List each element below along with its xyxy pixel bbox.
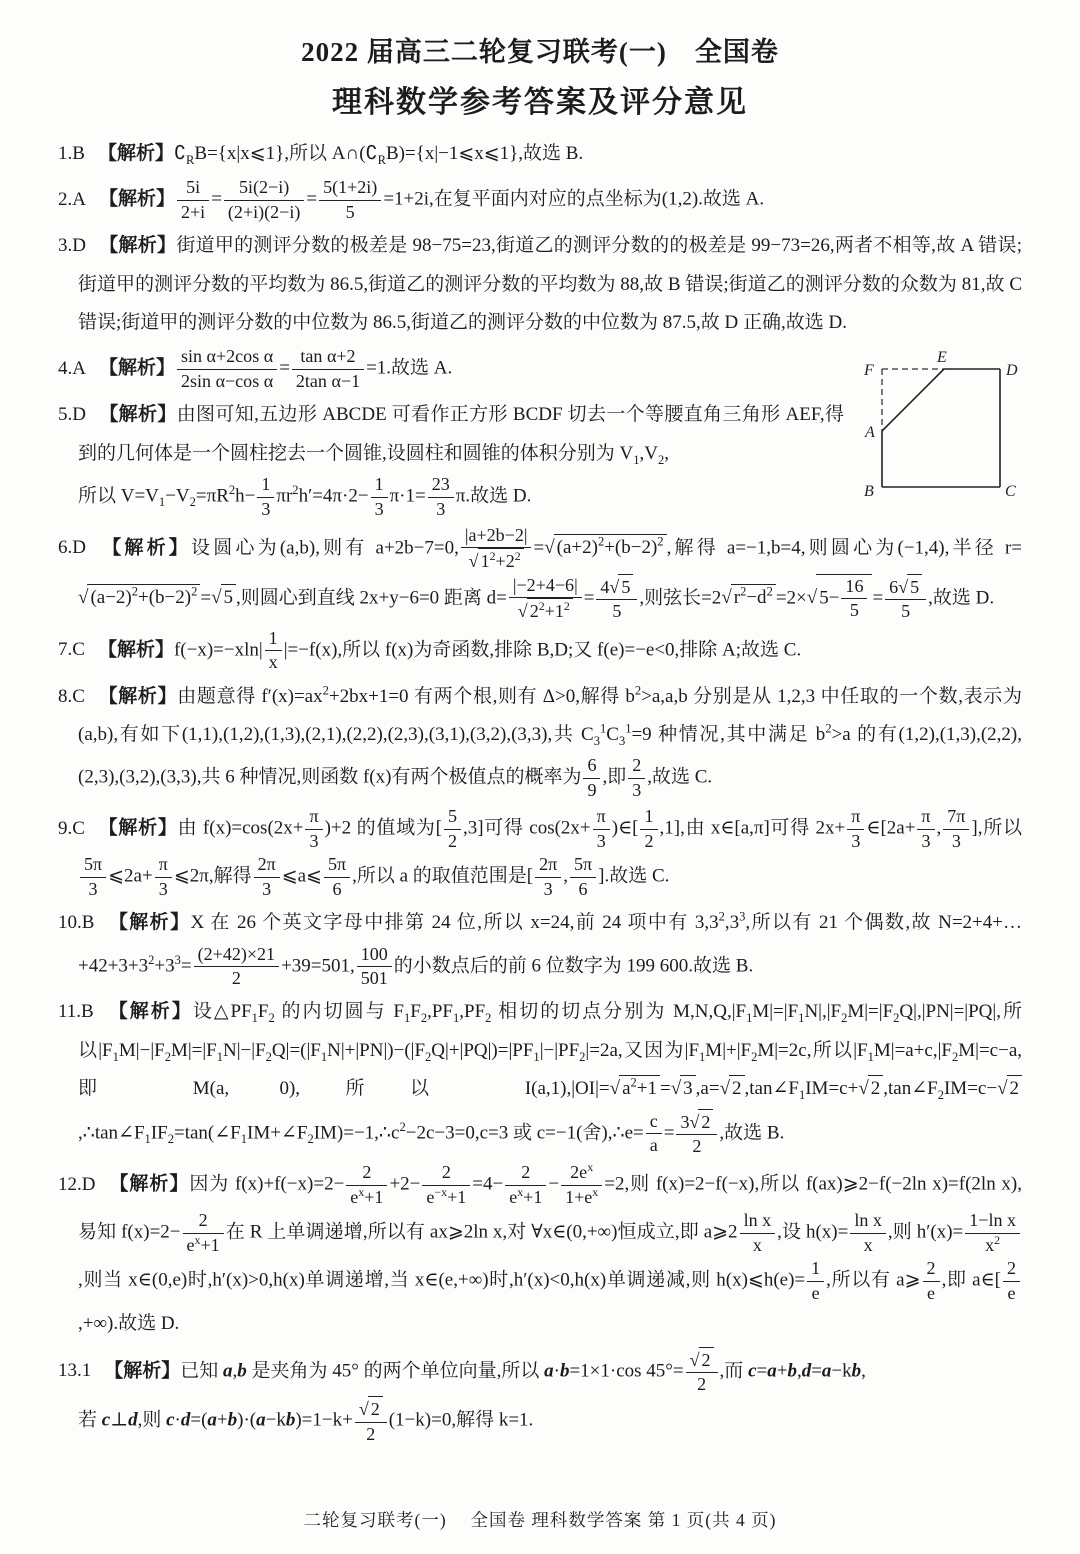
fraction: 5(1+2i)5 — [319, 176, 381, 224]
vector-symbol: a — [767, 1360, 777, 1381]
sqrt: √2 — [690, 1347, 714, 1372]
subscript: 1 — [633, 452, 639, 466]
superscript: 2 — [767, 585, 773, 599]
denominator: e — [1003, 1282, 1020, 1305]
solution-item-4: F E D A B C 4.A【解析】sin α+2cos α2sin α−co… — [58, 345, 1022, 393]
superscript: x — [195, 1233, 201, 1247]
fraction: 69 — [583, 754, 600, 802]
fraction: 2ex+1 — [183, 1209, 224, 1257]
numerator: π — [593, 805, 610, 829]
superscript: 3 — [175, 953, 181, 967]
radicand: 5 — [907, 574, 922, 599]
page-title: 2022 届高三二轮复习联考(一) 全国卷 — [58, 30, 1022, 69]
numerator: 5i — [177, 176, 209, 200]
fraction: 4√55 — [596, 574, 637, 624]
denominator: (2+i)(2−i) — [224, 201, 304, 224]
sqrt: √(a−2)2+(b−2)2 — [78, 579, 200, 617]
subscript: 1 — [159, 495, 165, 509]
subscript: 1 — [868, 1050, 874, 1064]
fraction: ln xx — [740, 1209, 776, 1257]
denominator: 5 — [885, 600, 926, 623]
radicand: 22+12 — [527, 598, 573, 623]
solution-item-11: 11.B【解析】设△PF1F2 的内切圆与 F1F2,PF1,PF2 相切的切点… — [58, 993, 1022, 1158]
numerator: 5i(2−i) — [224, 176, 304, 200]
numerator: 2 — [346, 1161, 387, 1185]
vector-symbol: b — [286, 1410, 296, 1431]
numerator: 1 — [371, 473, 388, 497]
solution-item-9: 9.C【解析】由 f(x)=cos(2x+π3)+2 的值域为[52,3]可得 … — [58, 805, 1022, 901]
denominator: 3 — [628, 779, 645, 802]
analysis-tag: 【解析】 — [107, 912, 190, 933]
fraction: 5i2+i — [177, 176, 209, 224]
radicand: 5 — [618, 574, 633, 599]
analysis-tag: 【解析】 — [98, 143, 174, 164]
numerator: 2 — [183, 1209, 224, 1233]
subscript: 2 — [421, 1011, 427, 1025]
fraction: π3 — [917, 805, 934, 853]
item-number: 9.C — [58, 818, 85, 839]
numerator: √2 — [355, 1396, 387, 1422]
item-number: 6.D — [58, 537, 86, 558]
page-subtitle: 理科数学参考答案及评分意见 — [58, 77, 1022, 121]
item-number: 4.A — [58, 358, 86, 379]
fraction: |−2+4−6|√22+12 — [509, 574, 582, 624]
denominator: 2 — [194, 967, 279, 990]
sqrt: √5 — [898, 574, 922, 599]
subscript: 2 — [268, 1011, 274, 1025]
fraction: √22 — [355, 1396, 387, 1446]
numerator: 16 — [841, 575, 867, 599]
sqrt: √22+12 — [518, 598, 573, 623]
superscript: 2 — [631, 1076, 637, 1090]
label-E: E — [936, 349, 947, 366]
vector-symbol: c — [102, 1410, 110, 1431]
fraction: (2+42)×212 — [194, 943, 279, 991]
superscript: 2 — [323, 683, 329, 697]
analysis-tag: 【解析】 — [107, 1001, 193, 1022]
numerator: 6√5 — [885, 574, 926, 600]
fraction: 5i(2−i)(2+i)(2−i) — [224, 176, 304, 224]
superscript: −x — [434, 1185, 447, 1199]
subscript: 2 — [938, 1088, 944, 1102]
radicand: 12+22 — [478, 548, 524, 573]
numerator: 1−ln x — [965, 1209, 1020, 1233]
denominator: 2 — [355, 1423, 387, 1446]
denominator: 501 — [357, 967, 392, 990]
numerator: 5π — [80, 853, 106, 877]
subscript: 1 — [746, 1011, 752, 1025]
vector-symbol: d — [802, 1360, 812, 1381]
denominator: 3 — [254, 878, 280, 901]
numerator: 2 — [628, 754, 645, 778]
subscript: 1 — [241, 1132, 247, 1146]
item-continuation-line: 若 c⊥d,则 c·d=(a+b)·(a−kb)=1−k+√22(1−k)=0,… — [78, 1396, 1022, 1446]
subscript: 1 — [699, 1050, 705, 1064]
fraction: 13 — [371, 473, 388, 521]
superscript: 2 — [994, 1233, 1000, 1247]
numerator: 5π — [570, 853, 596, 877]
edge-AE — [882, 369, 944, 431]
subscript: 1 — [453, 1011, 459, 1025]
subscript: 2 — [190, 495, 196, 509]
analysis-tag: 【解析】 — [99, 404, 177, 425]
numerator: 1 — [265, 627, 282, 651]
numerator: 2 — [1003, 1257, 1020, 1281]
denominator: 9 — [583, 779, 600, 802]
numerator: (2+42)×21 — [194, 943, 279, 967]
subscript: 1 — [799, 1088, 805, 1102]
fraction: π3 — [847, 805, 864, 853]
fraction: 7π3 — [943, 805, 969, 853]
numerator: 100 — [357, 943, 392, 967]
subscript: R — [378, 153, 386, 167]
superscript: x — [587, 1160, 593, 1174]
fraction: 2ex+1 — [346, 1161, 387, 1209]
superscript: x — [358, 1185, 364, 1199]
denominator: 3 — [257, 498, 274, 521]
sqrt: √5 — [211, 579, 236, 617]
item-number: 13.1 — [58, 1360, 91, 1381]
numerator: 1 — [807, 1257, 824, 1281]
analysis-tag: 【解析】 — [99, 537, 191, 558]
denominator: x2 — [965, 1234, 1020, 1257]
denominator: 3 — [535, 878, 561, 901]
fraction: 2ex+1 — [505, 1161, 546, 1209]
item-number: 12.D — [58, 1174, 95, 1195]
vector-symbol: a — [207, 1410, 217, 1431]
item-number: 8.C — [58, 686, 85, 707]
denominator: 6 — [324, 878, 350, 901]
denominator: 6 — [570, 878, 596, 901]
denominator: 2+i — [177, 201, 209, 224]
fraction: 2e−x+1 — [422, 1161, 470, 1209]
numerator: 2ex — [561, 1161, 602, 1185]
numerator: 2 — [923, 1257, 940, 1281]
denominator: 5 — [596, 600, 637, 623]
sqrt: √3 — [671, 1070, 696, 1108]
fraction: 3√22 — [676, 1109, 717, 1159]
analysis-tag: 【解析】 — [99, 358, 175, 379]
denominator: ex+1 — [505, 1186, 546, 1209]
radicand: 5 — [221, 584, 237, 611]
item-number: 10.B — [58, 912, 94, 933]
denominator: ex+1 — [183, 1234, 224, 1257]
vector-symbol: d — [181, 1410, 191, 1431]
fraction: π3 — [305, 805, 322, 853]
numerator: |a+2b−2| — [461, 524, 532, 548]
numerator: |−2+4−6| — [509, 574, 582, 598]
numerator: 1 — [640, 805, 657, 829]
subscript: 1 — [321, 1050, 327, 1064]
numerator: ln x — [740, 1209, 776, 1233]
vector-symbol: c — [166, 1410, 174, 1431]
superscript: 2 — [539, 599, 545, 613]
analysis-tag: 【解析】 — [104, 1360, 180, 1381]
fraction: 2e — [1003, 1257, 1020, 1305]
denominator: 3 — [428, 498, 454, 521]
subscript: 2 — [658, 452, 664, 466]
subscript: 2 — [893, 1011, 899, 1025]
denominator: 3 — [943, 830, 969, 853]
analysis-tag: 【解析】 — [98, 818, 178, 839]
fraction: |a+2b−2|√12+22 — [461, 524, 532, 574]
numerator: √2 — [686, 1347, 718, 1373]
numerator: π — [155, 853, 172, 877]
radicand: (a−2)2+(b−2)2 — [87, 584, 200, 611]
fraction: ca — [646, 1110, 662, 1158]
numerator: 5 — [444, 805, 461, 829]
solution-item-1: 1.B【解析】∁RB={x|x⩽1},所以 A∩(∁RB)={x|−1⩽x⩽1}… — [58, 135, 1022, 173]
solution-item-2: 2.A【解析】5i2+i=5i(2−i)(2+i)(2−i)=5(1+2i)5=… — [58, 176, 1022, 224]
analysis-tag: 【解析】 — [108, 1174, 189, 1195]
numerator: 5π — [324, 853, 350, 877]
fraction: 1x — [265, 627, 282, 675]
denominator: 3 — [371, 498, 388, 521]
numerator: tan α+2 — [292, 345, 364, 369]
denominator: 3 — [917, 830, 934, 853]
superscript: 2 — [825, 722, 831, 736]
denominator: 2 — [640, 830, 657, 853]
fraction: 6√55 — [885, 574, 926, 624]
denominator: e−x+1 — [422, 1186, 470, 1209]
denominator: 1+ex — [561, 1186, 602, 1209]
fraction: 5π6 — [324, 853, 350, 901]
subscript: 2 — [168, 1132, 174, 1146]
subscript: R — [186, 153, 194, 167]
denominator: 3 — [80, 878, 106, 901]
radicand: 2 — [1007, 1075, 1023, 1102]
label-F: F — [863, 362, 874, 379]
fraction: π3 — [593, 805, 610, 853]
denominator: 2 — [676, 1135, 717, 1158]
fraction: 23 — [628, 754, 645, 802]
answer-sheet-page: 2022 届高三二轮复习联考(一) 全国卷 理科数学参考答案及评分意见 1.B【… — [0, 0, 1080, 1554]
vector-symbol: a — [822, 1360, 832, 1381]
subscript: 1 — [217, 1050, 223, 1064]
vector-symbol: b — [560, 1360, 570, 1381]
solution-item-6: 6.D【解析】设圆心为(a,b),则有 a+2b−7=0,|a+2b−2|√12… — [58, 524, 1022, 624]
denominator: 3 — [305, 830, 322, 853]
solution-item-10: 10.B【解析】X 在 26 个英文字母中排第 24 位,所以 x=24,前 2… — [58, 904, 1022, 990]
vector-symbol: b — [852, 1360, 862, 1381]
superscript: 2 — [490, 549, 496, 563]
subscript: 2 — [751, 1050, 757, 1064]
subscript: 2 — [266, 1050, 272, 1064]
numerator: 1 — [257, 473, 274, 497]
solutions: 1.B【解析】∁RB={x|x⩽1},所以 A∩(∁RB)={x|−1⩽x⩽1}… — [58, 135, 1022, 1446]
subscript: 2 — [307, 1132, 313, 1146]
superscript: 2 — [148, 953, 154, 967]
superscript: 2 — [515, 549, 521, 563]
subscript: 1 — [404, 1011, 410, 1025]
numerator: 5(1+2i) — [319, 176, 381, 200]
radicand: 3 — [680, 1075, 696, 1102]
superscript: x — [517, 1185, 523, 1199]
subscript: 1 — [113, 1050, 119, 1064]
analysis-tag: 【解析】 — [98, 639, 174, 660]
vector-symbol: c — [748, 1360, 756, 1381]
denominator: a — [646, 1134, 662, 1157]
fraction: 233 — [428, 473, 454, 521]
superscript: 3 — [739, 910, 745, 924]
sqrt: √12+22 — [469, 548, 524, 573]
radicand: 2 — [729, 1075, 745, 1102]
superscript: 1 — [625, 722, 631, 736]
vector-symbol: b — [228, 1410, 238, 1431]
numerator: 7π — [943, 805, 969, 829]
pentagon-figure-svg: F E D A B C — [858, 347, 1022, 499]
sqrt: √(a+2)2+(b−2)2 — [544, 529, 666, 567]
vector-symbol: a — [544, 1360, 554, 1381]
vector-symbol: d — [128, 1410, 138, 1431]
numerator: 4√5 — [596, 574, 637, 600]
sqrt: √2 — [689, 1109, 713, 1134]
vector-symbol: a — [256, 1410, 266, 1431]
sqrt: √5−165 — [807, 574, 873, 623]
denominator: √22+12 — [509, 598, 582, 623]
item-number: 11.B — [58, 1001, 94, 1022]
subscript: 1 — [533, 1050, 539, 1064]
subscript: 1 — [145, 1132, 151, 1146]
superscript: 2 — [399, 1120, 405, 1134]
subscript: 2 — [425, 1050, 431, 1064]
sqrt: √2 — [858, 1070, 883, 1108]
subscript: 1 — [252, 1011, 258, 1025]
numerator: π — [305, 805, 322, 829]
solution-item-7: 7.C【解析】f(−x)=−xln|1x|=−f(x),所以 f(x)为奇函数,… — [58, 627, 1022, 675]
item-number: 7.C — [58, 639, 85, 660]
solution-item-8: 8.C【解析】由题意得 f′(x)=ax2+2bx+1=0 有两个根,则有 Δ>… — [58, 678, 1022, 803]
subscript: 2 — [579, 1050, 585, 1064]
item-number: 2.A — [58, 189, 86, 210]
numerator: 23 — [428, 473, 454, 497]
denominator: 2 — [444, 830, 461, 853]
label-C: C — [1005, 483, 1016, 499]
fraction: 1e — [807, 1257, 824, 1305]
vector-symbol: a — [223, 1360, 233, 1381]
radicand: a2+1 — [619, 1075, 660, 1102]
radicand: (a+2)2+(b−2)2 — [554, 534, 667, 561]
label-A: A — [864, 424, 875, 441]
denominator: ex+1 — [346, 1186, 387, 1209]
superscript: 2 — [191, 585, 197, 599]
denominator: 2 — [686, 1373, 718, 1396]
fraction: 2π3 — [535, 853, 561, 901]
label-D: D — [1005, 362, 1018, 379]
fraction: tan α+22tan α−1 — [292, 345, 364, 393]
numerator: π — [847, 805, 864, 829]
denominator: e — [807, 1282, 824, 1305]
numerator: ln x — [850, 1209, 886, 1233]
numerator: 2π — [535, 853, 561, 877]
superscript: 2 — [564, 599, 570, 613]
fraction: 165 — [841, 575, 867, 623]
denominator: x — [850, 1234, 886, 1257]
solution-item-3: 3.D【解析】街道甲的测评分数的极差是 98−75=23,街道乙的测评分数的的极… — [58, 227, 1022, 342]
solution-item-12: 12.D【解析】因为 f(x)+f(−x)=2−2ex+1+2−2e−x+1=4… — [58, 1161, 1022, 1343]
superscript: 2 — [635, 683, 641, 697]
numerator: c — [646, 1110, 662, 1134]
denominator: √12+22 — [461, 548, 532, 573]
subscript: 2 — [952, 1050, 958, 1064]
label-B: B — [864, 483, 874, 499]
denominator: 3 — [155, 878, 172, 901]
denominator: 5 — [319, 201, 381, 224]
fraction: 52 — [444, 805, 461, 853]
fraction: ln xx — [850, 1209, 886, 1257]
fraction: 1−ln xx2 — [965, 1209, 1020, 1257]
denominator: 3 — [593, 830, 610, 853]
solution-item-13: 13.1【解析】已知 a,b 是夹角为 45° 的两个单位向量,所以 a·b=1… — [58, 1347, 1022, 1447]
fraction: 12 — [640, 805, 657, 853]
item-number: 3.D — [58, 235, 86, 256]
numerator: 2 — [422, 1161, 470, 1185]
page-body: 2022 届高三二轮复习联考(一) 全国卷 理科数学参考答案及评分意见 1.B【… — [0, 0, 1080, 1446]
analysis-tag: 【解析】 — [99, 235, 176, 256]
fraction: 2ex1+ex — [561, 1161, 602, 1209]
item-number: 1.B — [58, 143, 85, 164]
numerator: π — [917, 805, 934, 829]
radicand: r2−d2 — [731, 584, 776, 611]
fraction: 2π3 — [254, 853, 280, 901]
radicand: 2 — [699, 1347, 714, 1372]
denominator: x — [740, 1234, 776, 1257]
sqrt: √2 — [720, 1070, 745, 1108]
numerator: 2π — [254, 853, 280, 877]
denominator: 5 — [841, 599, 867, 622]
superscript: 2 — [229, 483, 235, 497]
superscript: 2 — [132, 585, 138, 599]
subscript: 1 — [798, 1011, 804, 1025]
denominator: 2sin α−cos α — [177, 370, 277, 393]
denominator: 3 — [847, 830, 864, 853]
fraction: 13 — [257, 473, 274, 521]
numerator: 6 — [583, 754, 600, 778]
denominator: e — [923, 1282, 940, 1305]
superscript: 2 — [292, 483, 298, 497]
subscript: 2 — [485, 1011, 491, 1025]
superscript: x — [592, 1185, 598, 1199]
superscript: 2 — [657, 535, 663, 549]
radicand: 2 — [698, 1109, 713, 1134]
page-footer: 二轮复习联考(一) 全国卷 理科数学答案 第 1 页(共 4 页) — [0, 1507, 1080, 1532]
sqrt: √2 — [359, 1396, 383, 1421]
sqrt: √2 — [997, 1070, 1022, 1108]
superscript: 2 — [740, 585, 746, 599]
pentagon-figure: F E D A B C — [858, 347, 1022, 513]
radicand: 2 — [368, 1396, 383, 1421]
fraction: 5π6 — [570, 853, 596, 901]
fraction: 5π3 — [80, 853, 106, 901]
fraction: 2e — [923, 1257, 940, 1305]
fraction: 100501 — [357, 943, 392, 991]
analysis-tag: 【解析】 — [98, 686, 177, 707]
subscript: 2 — [165, 1050, 171, 1064]
analysis-tag: 【解析】 — [99, 189, 175, 210]
superscript: 1 — [600, 722, 606, 736]
vector-symbol: b — [237, 1360, 247, 1381]
numerator: 3√2 — [676, 1109, 717, 1135]
subscript: 2 — [841, 1011, 847, 1025]
vector-symbol: b — [787, 1360, 797, 1381]
radicand: 2 — [868, 1075, 884, 1102]
superscript: 2 — [719, 910, 725, 924]
sqrt: √a2+1 — [610, 1070, 660, 1108]
sqrt: √r2−d2 — [721, 579, 776, 617]
fraction: sin α+2cos α2sin α−cos α — [177, 345, 277, 393]
numerator: sin α+2cos α — [177, 345, 277, 369]
superscript: 2 — [598, 535, 604, 549]
